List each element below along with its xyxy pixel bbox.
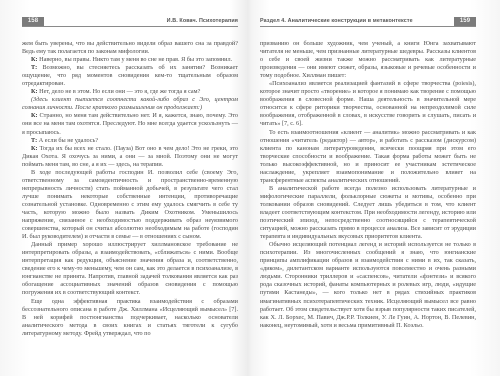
paragraph-text: А если бы не удалось? [39,137,98,144]
paragraph: Данный пример хорошо иллюстрирует хиллма… [22,241,238,297]
paragraph-text: В ходе последующей работы господин И. по… [22,169,238,240]
paragraph: То есть взаимоотношения «клиент — аналит… [260,129,476,185]
paragraph-text: В аналитической работе всегда полезно ис… [260,185,476,240]
paragraph-text: призванию он больше художник, чем ученый… [260,40,476,79]
paragraph: К: Странно, но меня там действительно не… [22,112,238,136]
paragraph: жем быть уверены, что вы действительно в… [22,40,238,56]
left-page: 158 И.В. Ковач. Психотерапия жем быть ув… [22,0,238,376]
paragraph-text: «Психоанализ является реализацией фантаз… [260,80,476,127]
paragraph: призванию он больше художник, чем ученый… [260,40,476,80]
right-page: Раздел 4. Аналитические конструкции в ме… [260,0,476,376]
right-page-body: призванию он больше художник, чем ученый… [260,40,476,330]
left-page-body: жем быть уверены, что вы действительно в… [22,40,238,338]
paragraph: В аналитической работе всегда полезно ис… [260,185,476,241]
left-running-head-title: И.В. Ковач. Психотерапия [167,17,238,26]
paragraph-text: Данный пример хорошо иллюстрирует хиллма… [22,241,238,296]
paragraph-text: Возможно, вы стесняетесь рассказать об и… [22,64,238,87]
paragraph: Т: А если бы не удалось? [22,137,238,145]
speaker-label: К: [31,56,38,63]
speaker-label: К: [31,112,38,119]
speaker-label: Т: [31,137,37,144]
right-running-head-title: Раздел 4. Аналитические конструкции в ме… [260,17,413,26]
right-running-header: Раздел 4. Аналитические конструкции в ме… [260,17,476,27]
book-spread: 158 И.В. Ковач. Психотерапия жем быть ув… [0,0,500,376]
paragraph: В ходе последующей работы господин И. по… [22,169,238,241]
paragraph: Еще одна эффективная практика взаимодейс… [22,298,238,338]
paragraph-text: жем быть уверены, что вы действительно в… [22,40,238,55]
paragraph-text: (Здесь клиент пытается соотнести какой-л… [22,96,238,111]
paragraph: К: Наверно, вы правы. Никто там у меня в… [22,56,238,64]
paragraph-text: Наверно, вы правы. Никто там у меня во с… [39,56,232,63]
paragraph: К: Тогда их бы всех не стало. (Пауза) Во… [22,145,238,169]
left-page-number: 158 [22,17,44,26]
paragraph-text: Странно, но меня там действительно нет. … [22,112,238,135]
paragraph: (Здесь клиент пытается соотнести какой-л… [22,96,238,112]
paragraph-text: Тогда их бы всех не стало. (Пауза) Вот о… [22,145,238,168]
paragraph: К: Нет, дело не в этом. Но если они — эт… [22,88,238,96]
paragraph-text: Нет, дело не в этом. Но если они — это я… [39,88,200,95]
speaker-label: К: [31,145,38,152]
speaker-label: К: [31,88,38,95]
right-page-number: 159 [454,17,476,26]
paragraph: «Психоанализ является реализацией фантаз… [260,80,476,128]
left-running-header: 158 И.В. Ковач. Психотерапия [22,17,238,27]
paragraph-text: Еще одна эффективная практика взаимодейс… [22,298,238,337]
speaker-label: Т: [31,64,37,71]
paragraph: Обычно исцеляющий потенциал легенд и ист… [260,241,476,330]
paragraph-text: Обычно исцеляющий потенциал легенд и ист… [260,241,476,328]
paragraph: Т: Возможно, вы стесняетесь рассказать о… [22,64,238,88]
paragraph-text: То есть взаимоотношения «клиент — аналит… [260,129,476,184]
